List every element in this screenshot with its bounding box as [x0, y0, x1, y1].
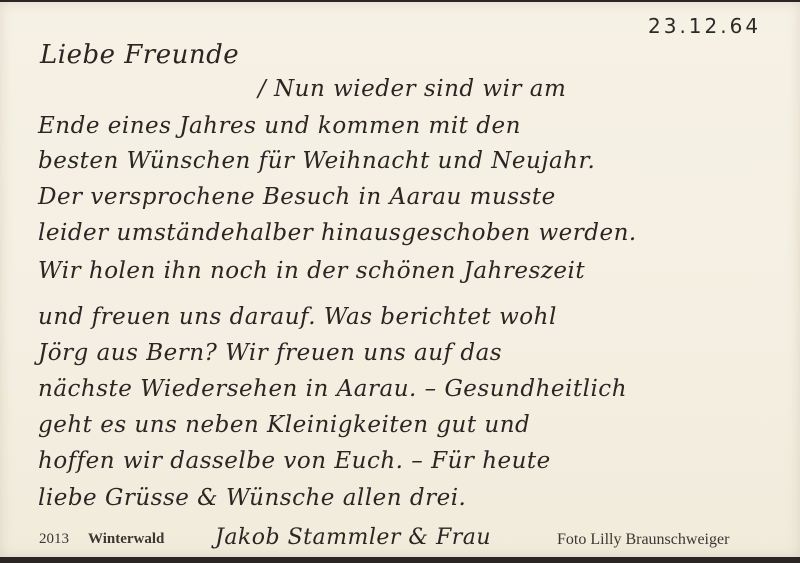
letter-line: nächste Wiedersehen in Aarau. – Gesundhe… — [38, 376, 627, 402]
letter-line: Wir holen ihn noch in der schönen Jahres… — [38, 258, 585, 284]
photo-credit: Foto Lilly Braunschweiger — [557, 531, 729, 549]
letter-line: Jörg aus Bern? Wir freuen uns auf das — [38, 340, 502, 366]
letter-line: liebe Grüsse & Wünsche allen drei. — [38, 485, 466, 511]
letter-line: hoffen wir dasselbe von Euch. – Für heut… — [38, 448, 551, 474]
letter-line: Ende eines Jahres und kommen mit den — [38, 113, 521, 139]
letter-line: leider umständehalber hinausgeschoben we… — [38, 220, 637, 246]
signature: Jakob Stammler & Frau — [215, 525, 491, 550]
handwritten-date: 23.12.64 — [648, 14, 761, 38]
letter-line: geht es uns neben Kleinigkeiten gut und — [38, 412, 530, 438]
letter-line: / Nun wieder sind wir am — [258, 76, 566, 102]
postcard: 23.12.64 Liebe Freunde / Nun wieder sind… — [0, 2, 800, 557]
print-title: Winterwald — [88, 531, 164, 548]
letter-line: Der versprochene Besuch in Aarau musste — [38, 184, 556, 210]
print-year: 2013 — [39, 531, 69, 548]
letter-line: besten Wünschen für Weihnacht und Neujah… — [38, 148, 595, 174]
letter-line: und freuen uns darauf. Was berichtet woh… — [38, 304, 557, 330]
salutation: Liebe Freunde — [40, 40, 239, 70]
